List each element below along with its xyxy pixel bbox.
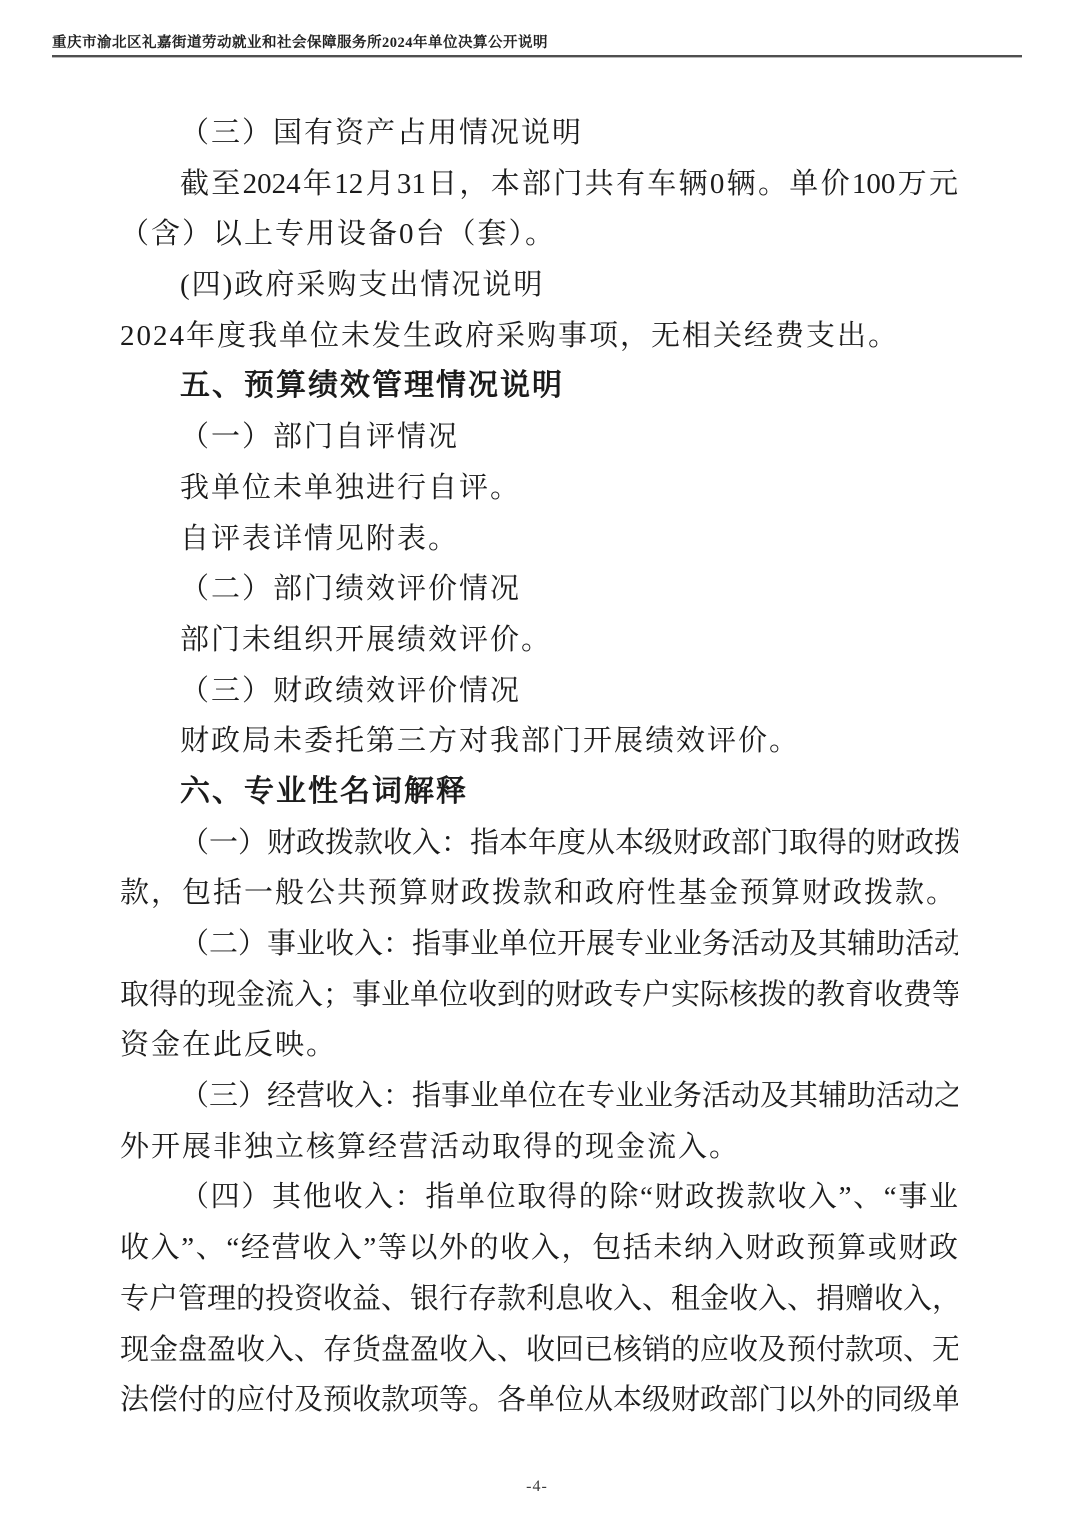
document-page: 重庆市渝北区礼嘉街道劳动就业和社会保障服务所2024年单位决算公开说明 （三）国…	[0, 0, 1074, 1520]
text-line: 取得的现金流入；事业单位收到的财政专户实际核拨的教育收费等	[120, 970, 958, 1021]
text-line: 自评表详情见附表。	[120, 514, 958, 565]
text-line: 截至2024年12月31日，本部门共有车辆0辆。单价100万元	[120, 159, 958, 210]
text-line: （含）以上专用设备0台（套）。	[120, 209, 958, 260]
page-header-title: 重庆市渝北区礼嘉街道劳动就业和社会保障服务所2024年单位决算公开说明	[52, 31, 548, 52]
subsection-heading: （三）财政绩效评价情况	[120, 666, 958, 717]
text-line: 外开展非独立核算经营活动取得的现金流入。	[120, 1122, 958, 1173]
text-line: 部门未组织开展绩效评价。	[120, 615, 958, 666]
subsection-heading: （三）国有资产占用情况说明	[120, 108, 958, 159]
subsection-heading: （二）部门绩效评价情况	[120, 564, 958, 615]
text-line: 2024年度我单位未发生政府采购事项，无相关经费支出。	[120, 311, 958, 362]
text-line: （一）财政拨款收入：指本年度从本级财政部门取得的财政拨	[120, 818, 958, 869]
text-line: （四）其他收入：指单位取得的除“财政拨款收入”、“事业	[120, 1172, 958, 1223]
document-body: （三）国有资产占用情况说明截至2024年12月31日，本部门共有车辆0辆。单价1…	[120, 108, 958, 1426]
section-heading: 六、专业性名词解释	[120, 767, 958, 818]
text-line: 专户管理的投资收益、银行存款利息收入、租金收入、捐赠收入，	[120, 1274, 958, 1325]
text-line: 收入”、“经营收入”等以外的收入，包括未纳入财政预算或财政	[120, 1223, 958, 1274]
text-line: 我单位未单独进行自评。	[120, 463, 958, 514]
text-line: 资金在此反映。	[120, 1020, 958, 1071]
text-line: 法偿付的应付及预收款项等。各单位从本级财政部门以外的同级单	[120, 1375, 958, 1426]
text-line: 款，包括一般公共预算财政拨款和政府性基金预算财政拨款。	[120, 868, 958, 919]
subsection-heading: (四)政府采购支出情况说明	[120, 260, 958, 311]
page-number: -4-	[0, 1478, 1074, 1496]
section-heading: 五、预算绩效管理情况说明	[120, 361, 958, 412]
text-line: 现金盘盈收入、存货盘盈收入、收回已核销的应收及预付款项、无	[120, 1325, 958, 1376]
text-line: （二）事业收入：指事业单位开展专业业务活动及其辅助活动	[120, 919, 958, 970]
text-line: （三）经营收入：指事业单位在专业业务活动及其辅助活动之	[120, 1071, 958, 1122]
header-rule	[52, 55, 1022, 58]
subsection-heading: （一）部门自评情况	[120, 412, 958, 463]
text-line: 财政局未委托第三方对我部门开展绩效评价。	[120, 716, 958, 767]
